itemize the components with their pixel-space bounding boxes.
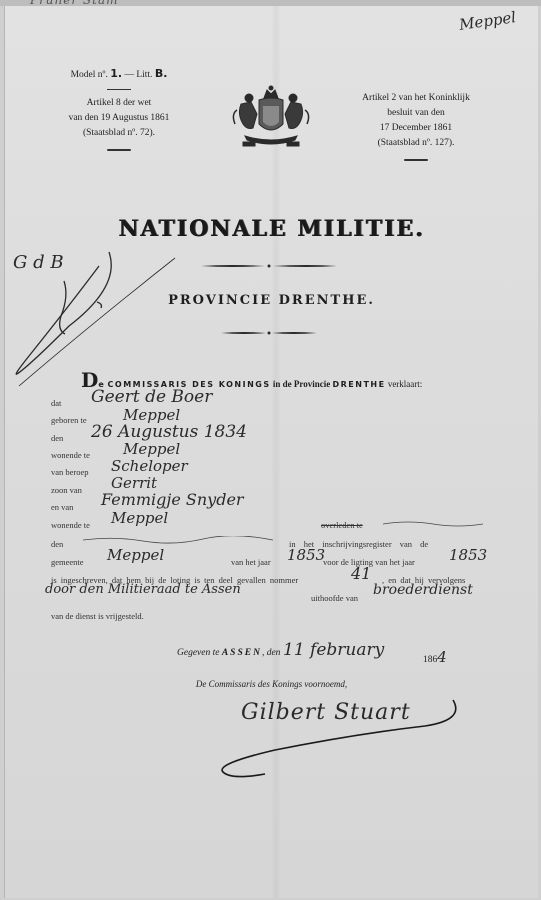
lot-number: 41 [351, 564, 371, 583]
field-label: den [51, 433, 63, 443]
divider [107, 89, 131, 90]
header-right: Artikel 2 van het Koninklijk besluit van… [351, 91, 481, 161]
decree-article: Artikel 2 van het Koninklijk [351, 91, 481, 106]
law-date: van den 19 Augustus 1861 [59, 111, 179, 126]
ligting-value: 1853 [449, 546, 487, 564]
jaar-value: 1853 [287, 546, 325, 564]
place-name: ASSEN [222, 648, 262, 658]
overleden-label: overleden te [321, 520, 363, 530]
royal-coat-of-arms-icon [231, 84, 311, 152]
model-line: Model nº. 1. — Litt. B. [59, 66, 179, 83]
field-residence: Meppel [123, 440, 180, 458]
ornamental-rule [201, 264, 337, 268]
province-name: DRENTHE [332, 380, 385, 389]
gemeente-label: gemeente [51, 557, 84, 567]
document-page: Meppel Model nº. 1. — Litt. B. Artikel 8… [4, 6, 538, 898]
field-label: van beroep [51, 467, 89, 477]
jaar-label: van het jaar [231, 557, 271, 567]
ornamental-rule [221, 331, 317, 335]
field-label: en van [51, 502, 73, 512]
blank-strike [83, 536, 273, 544]
dienst-text: van de dienst is vrijgesteld. [51, 611, 144, 621]
blank-strike [383, 520, 483, 528]
field-label: wonende te [51, 520, 90, 530]
given-year: 1864 [423, 648, 447, 666]
field-label: den [51, 539, 63, 549]
document-title: NATIONALE MILITIE. [5, 216, 538, 242]
header-left: Model nº. 1. — Litt. B. Artikel 8 der we… [59, 66, 179, 151]
field-label: geboren te [51, 415, 87, 425]
corner-note: Meppel [458, 8, 517, 34]
given-line: Gegeven te ASSEN, den [177, 648, 280, 658]
gemeente-value: Meppel [107, 546, 164, 564]
field-birthdate: 26 Augustus 1834 [91, 422, 247, 442]
decree-besluit: besluit van den [351, 106, 481, 121]
field-label: wonende te [51, 450, 90, 460]
field-occupation: Scheloper [111, 457, 188, 475]
ornament [404, 159, 428, 161]
law-article: Artikel 8 der wet [59, 96, 179, 111]
field-parents-residence: Meppel [111, 509, 168, 527]
commissaris-voornoemd: De Commissaris des Konings voornoemd, [5, 679, 538, 689]
law-staatsblad: (Staatsblad nº. 72). [59, 126, 179, 141]
exemption-authority: door den Militieraad te Assen [45, 582, 241, 597]
field-mother: Femmigje Snyder [101, 490, 244, 509]
uithoofde-label: uithoofde van [311, 593, 358, 603]
signature-flourish [205, 690, 505, 790]
decree-date: 17 December 1861 [351, 121, 481, 136]
field-label: zoon van [51, 485, 82, 495]
field-label: dat [51, 398, 61, 408]
given-date: 11 february [283, 640, 384, 660]
decree-staatsblad: (Staatsblad nº. 127). [351, 136, 481, 151]
ornament [107, 149, 131, 151]
field-name: Geert de Boer [91, 387, 212, 407]
exemption-reason: broederdienst [373, 582, 473, 598]
